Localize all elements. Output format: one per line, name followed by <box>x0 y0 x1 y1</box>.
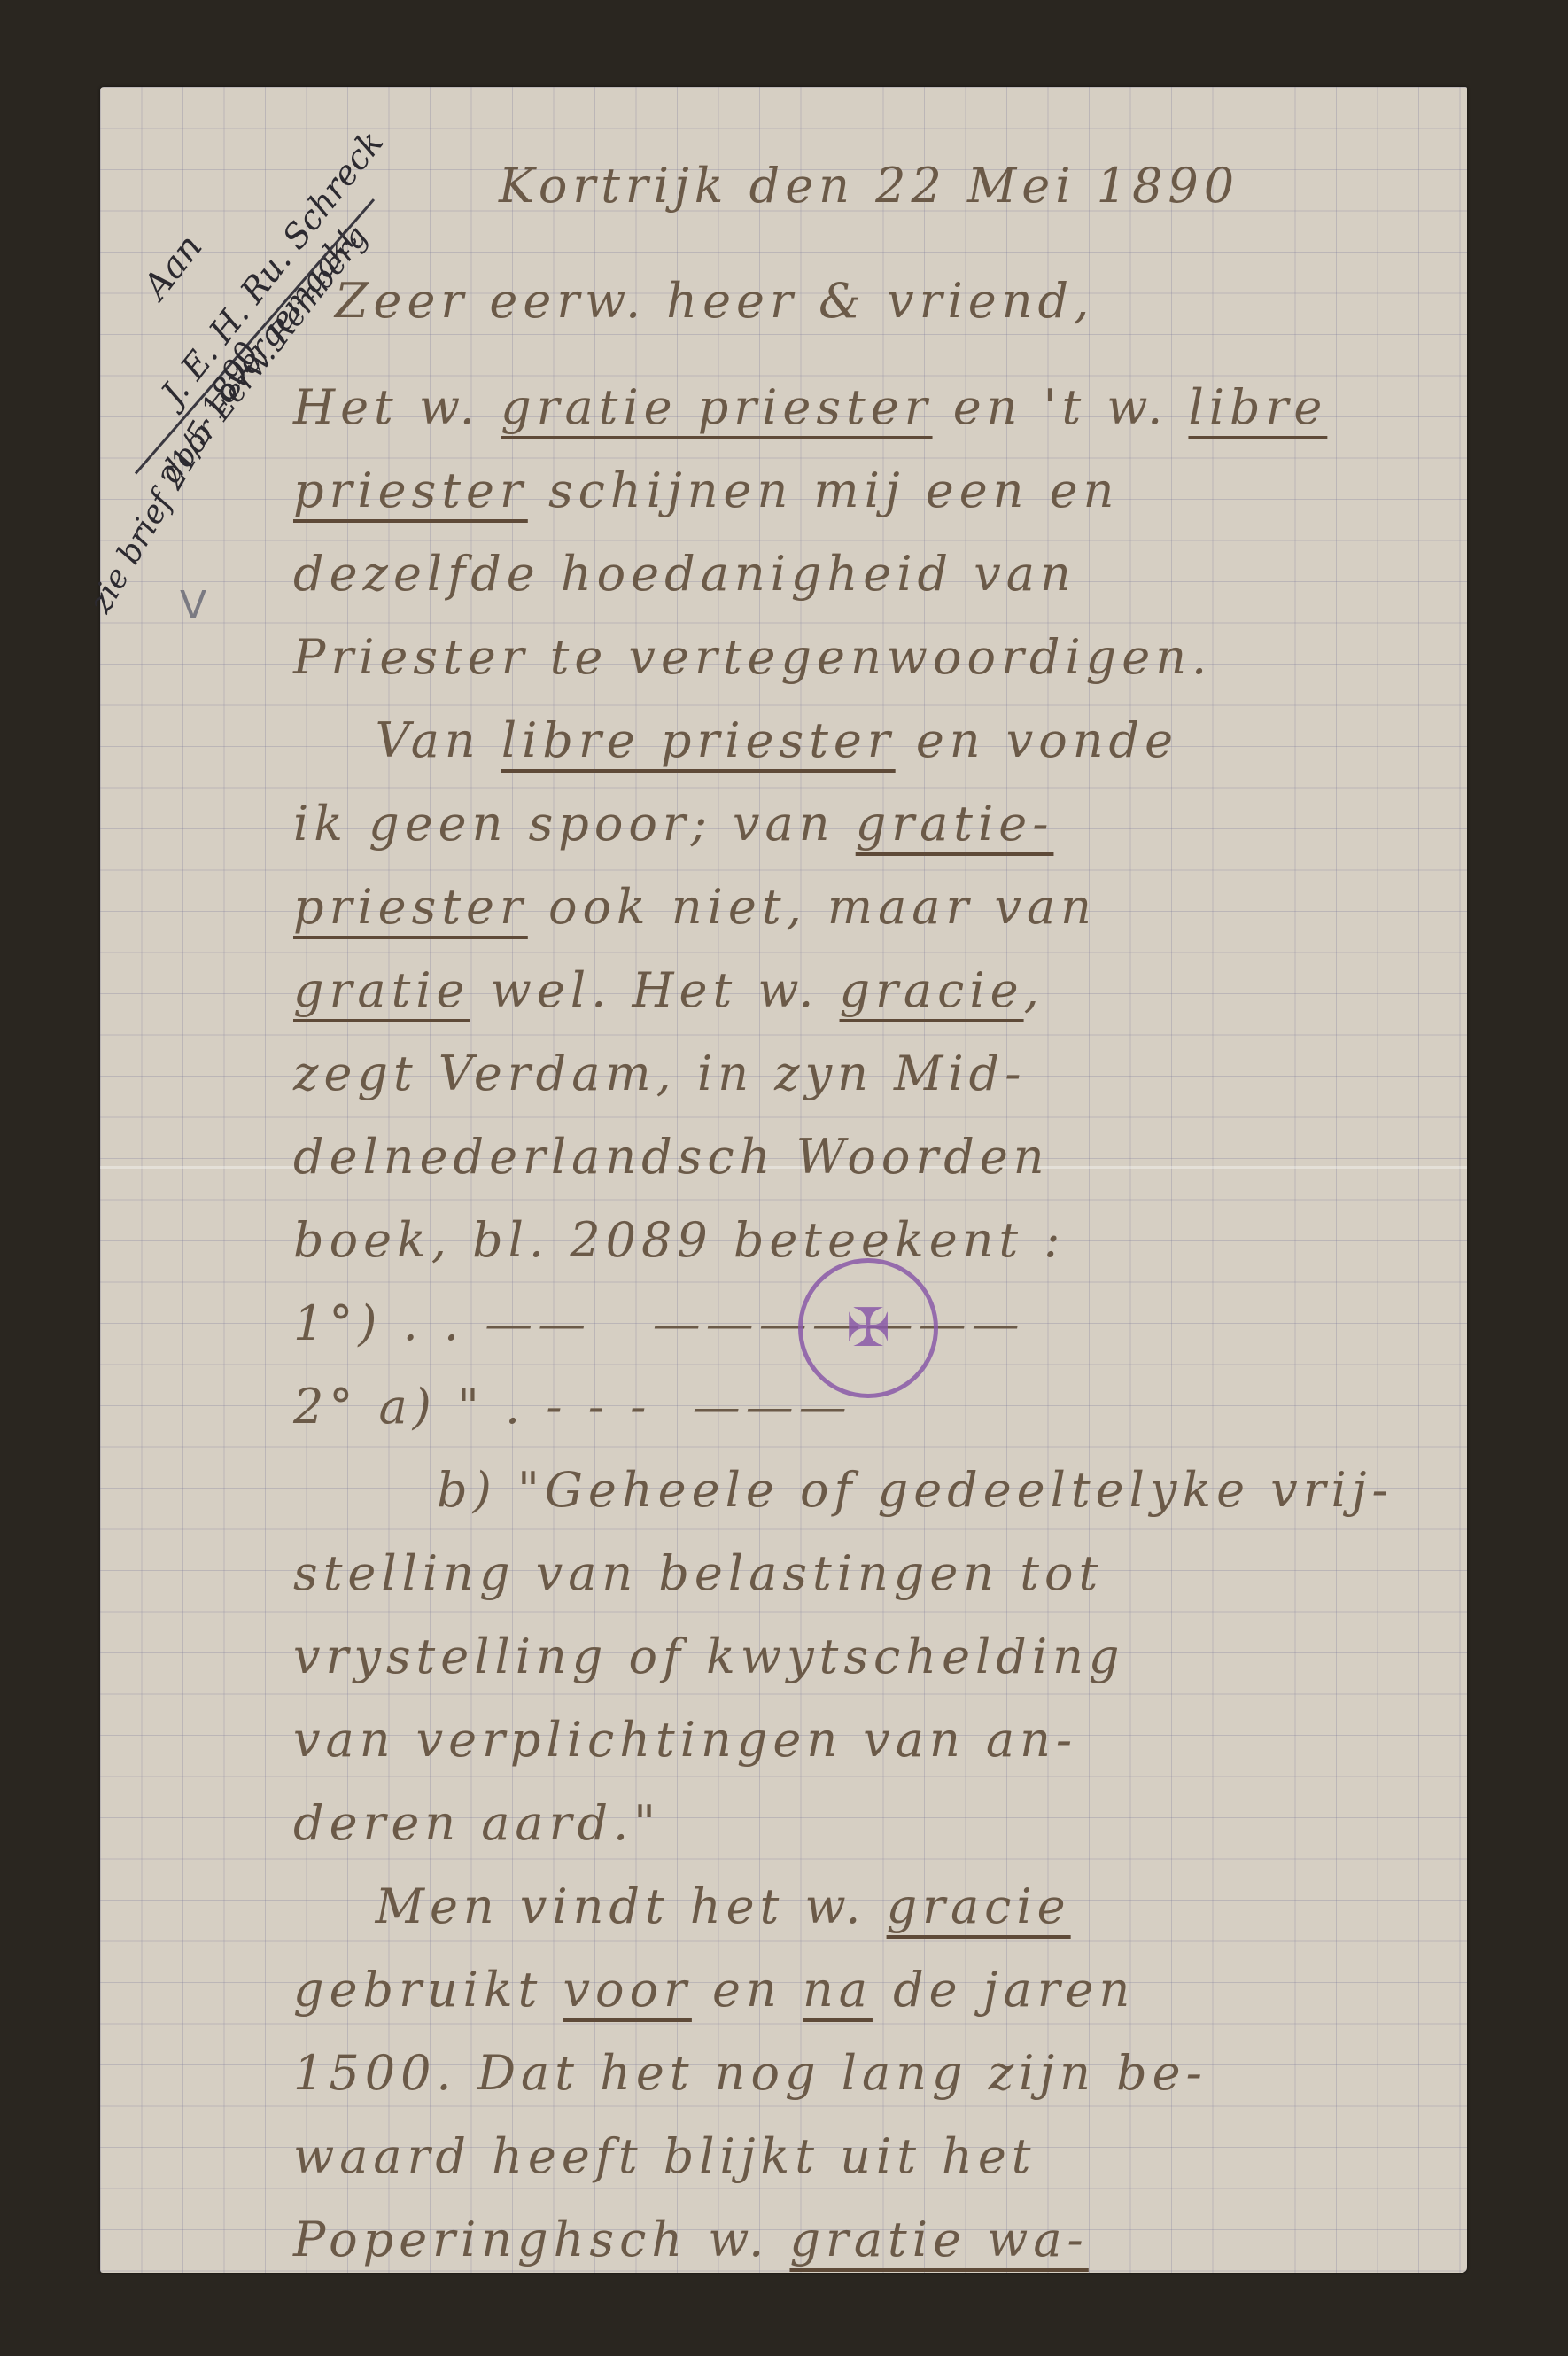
letter-line: gebruikt voor en na de jaren <box>293 1962 1135 2018</box>
letter-line: delnederlandsch Woorden <box>293 1129 1050 1185</box>
letter-line: Men vindt het w. gracie <box>293 1878 1071 1934</box>
letter-text: 1500. Dat het nog lang zijn be- <box>293 2045 1207 2101</box>
letter-text: 2° a) " . - - - ——— <box>293 1379 852 1435</box>
letter-line: Van libre priester en vonde <box>293 712 1178 768</box>
letter-line: boek, bl. 2089 beteekent : <box>293 1212 1066 1268</box>
letter-text: vrystelling of kwytschelding <box>293 1629 1124 1684</box>
letter-line: vrystelling of kwytschelding <box>293 1629 1124 1684</box>
letter-text: delnederlandsch Woorden <box>293 1129 1050 1185</box>
letter-text: deren aard." <box>293 1795 661 1851</box>
stamp-emblem-icon: ✠ <box>846 1297 890 1359</box>
underlined-term: libre priester <box>501 712 896 768</box>
letter-line: gratie wel. Het w. gracie, <box>293 962 1044 1018</box>
underlined-term: na <box>803 1962 873 2018</box>
letter-line: 1500. Dat het nog lang zijn be- <box>293 2045 1207 2101</box>
underlined-term: gratie priester <box>501 379 932 435</box>
letter-text: ook niet, maar van <box>528 879 1097 935</box>
letter-text: dezelfde hoedanigheid van <box>293 546 1076 602</box>
letter-line: priester ook niet, maar van <box>293 879 1097 935</box>
letter-text: van verplichtingen van an- <box>293 1712 1077 1768</box>
checkmark-icon: V <box>180 583 206 628</box>
letter-text: b) "Geheele of gedeeltelyke vrij- <box>293 1462 1393 1518</box>
letter-text: en 't w. <box>933 379 1189 435</box>
letter-line: b) "Geheele of gedeeltelyke vrij- <box>293 1462 1393 1518</box>
archive-stamp: ✠ <box>798 1258 938 1398</box>
letter-line: deren aard." <box>293 1795 661 1851</box>
annotation-recipient: Aan <box>136 227 211 307</box>
letter-text: , <box>1024 962 1044 1018</box>
letter-text: gebruikt <box>293 1962 563 2018</box>
place-date-text: Kortrijk den 22 Mei 1890 <box>499 158 1239 214</box>
letter-text: zegt Verdam, in zyn Mid- <box>293 1046 1026 1101</box>
letter-line: zegt Verdam, in zyn Mid- <box>293 1046 1026 1101</box>
letter-line: Poperinghsch w. gratie wa- <box>293 2212 1089 2267</box>
letter-text: Men vindt het w. <box>293 1878 887 1934</box>
underlined-term: gracie <box>840 962 1024 1018</box>
annotation-line-1: Aan <box>136 227 211 307</box>
letter-text: de jaren <box>873 1962 1135 2018</box>
letter-text: en vonde <box>896 712 1178 768</box>
letter-text: en <box>692 1962 803 2018</box>
salutation-text: Zeer eerw. heer & vriend, <box>335 273 1094 329</box>
letter-text: schijnen mij een en <box>528 463 1120 518</box>
letter-text: Poperinghsch w. <box>293 2212 789 2267</box>
letter-line: stelling van belastingen tot <box>293 1545 1103 1601</box>
underlined-term: gratie wa- <box>789 2212 1088 2267</box>
letter-line: ik geen spoor; van gratie- <box>293 796 1053 851</box>
underlined-term: libre <box>1188 379 1327 435</box>
letter-text: boek, bl. 2089 beteekent : <box>293 1212 1066 1268</box>
letter-text: ik geen spoor; van <box>293 796 856 851</box>
underlined-term: voor <box>563 1962 692 2018</box>
place-date: Kortrijk den 22 Mei 1890 <box>499 158 1239 214</box>
letter-text: Het w. <box>293 379 501 435</box>
checkmark-text: V <box>180 583 206 628</box>
letter-line: van verplichtingen van an- <box>293 1712 1077 1768</box>
letter-text: Priester te vertegenwoordigen. <box>293 629 1212 685</box>
salutation: Zeer eerw. heer & vriend, <box>335 273 1094 329</box>
letter-text: stelling van belastingen tot <box>293 1545 1103 1601</box>
letter-line: dezelfde hoedanigheid van <box>293 546 1076 602</box>
letter-page: Aan J. E. H. Ru. Schreck overgemaakt doo… <box>100 87 1467 2273</box>
underlined-term: priester <box>293 463 528 518</box>
underlined-term: gratie <box>293 962 470 1018</box>
letter-line: waard heeft blijkt uit het <box>293 2128 1036 2184</box>
underlined-term: gratie- <box>856 796 1054 851</box>
letter-text: wel. Het w. <box>470 962 840 1018</box>
letter-line: priester schijnen mij een en <box>293 463 1119 518</box>
underlined-term: gracie <box>887 1878 1071 1934</box>
letter-text: waard heeft blijkt uit het <box>293 2128 1036 2184</box>
letter-line: Het w. gratie priester en 't w. libre <box>293 379 1327 435</box>
letter-line: 2° a) " . - - - ——— <box>293 1379 852 1435</box>
letter-text: Van <box>293 712 501 768</box>
letter-line: Priester te vertegenwoordigen. <box>293 629 1212 685</box>
underlined-term: priester <box>293 879 528 935</box>
